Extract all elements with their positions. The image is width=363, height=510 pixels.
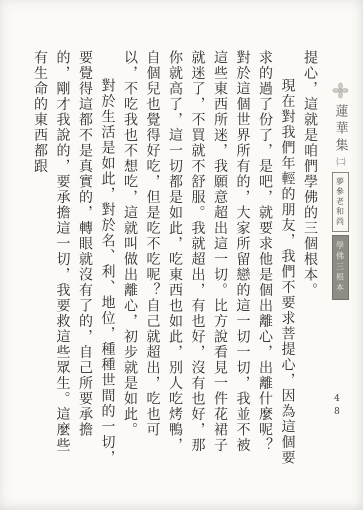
section-label: 學佛三根本 xyxy=(332,235,349,300)
book-title-text: 蓮華集 xyxy=(333,104,348,155)
paragraph: 現在對我們年輕的朋友，我們不要求菩提心，因為這個要求的過了份了，是吧，就要求他是… xyxy=(119,50,299,468)
volume-number: ㈡ xyxy=(335,157,345,166)
body-text: 提心，這就是咱們學佛的三個根本。 現在對我們年輕的朋友，我們不要求菩提心，因為這… xyxy=(20,50,321,468)
paragraph-continuation: 提心，這就是咱們學佛的三個根本。 xyxy=(299,50,322,468)
page-number: 48 xyxy=(332,394,342,420)
book-page: 提心，這就是咱們學佛的三個根本。 現在對我們年輕的朋友，我們不要求菩提心，因為這… xyxy=(0,0,363,510)
author-label: 夢參老和尚 xyxy=(332,172,349,232)
paragraph: 對於生活是如此，對於名、利、地位，種種世間的一切，要覺得這都不是真實的，轉眼就沒… xyxy=(29,50,119,468)
book-title: 蓮華集㈡ xyxy=(331,104,350,166)
page-header: 蓮華集㈡ 夢參老和尚 學佛三根本 xyxy=(325,82,355,300)
flower-seal-icon xyxy=(332,82,349,99)
